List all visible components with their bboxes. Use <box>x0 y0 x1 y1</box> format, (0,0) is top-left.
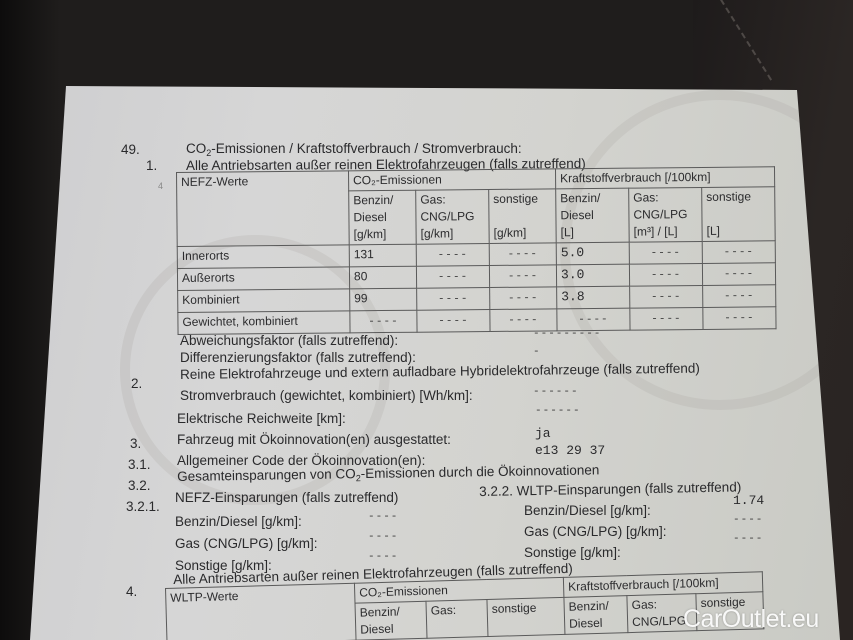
savings-value: ---- <box>368 549 398 565</box>
table-cell: ---- <box>489 265 556 288</box>
savings-value: ---- <box>368 529 398 545</box>
savings-value: ---- <box>368 509 398 525</box>
document-content: 49. CO2-Emissionen / Kraftstoffverbrauch… <box>0 0 853 640</box>
savings-label: Gas (CNG/LPG) [g/km]: <box>175 536 318 552</box>
stromverbrauch-value: ------ <box>533 384 579 400</box>
table-cell: ---- <box>702 263 775 286</box>
item3-2-1-number: 3.2.1. <box>126 499 160 515</box>
abweichungsfaktor-value: --------- <box>533 326 601 342</box>
table-cell: ---- <box>629 263 702 286</box>
table-cell: ---- <box>703 285 776 308</box>
reichweite-value: ------ <box>535 403 581 419</box>
table-cell: ---- <box>416 243 489 266</box>
abweichungsfaktor-label: Abweichungsfaktor (falls zutreffend): <box>180 333 398 349</box>
item3-label: Fahrzeug mit Ökoinnovation(en) ausgestat… <box>177 432 451 448</box>
savings-label: Sonstige [g/km]: <box>524 545 621 561</box>
differenzierungsfaktor-value: - <box>533 344 541 360</box>
item3-1-number: 3.1. <box>128 457 151 473</box>
table-cell: ---- <box>703 307 776 330</box>
nefz-column-header: Gas:CNG/LPG[g/km] <box>416 189 490 244</box>
table-cell: ---- <box>489 243 556 266</box>
item3-2-number: 3.2. <box>128 478 151 494</box>
table-cell: ---- <box>702 241 775 264</box>
section-title: CO2-Emissionen / Kraftstoffverbrauch / S… <box>186 141 522 157</box>
savings-label: Benzin/Diesel [g/km]: <box>524 503 651 519</box>
item1-table-marker: 4 <box>158 178 163 194</box>
table-cell: 3.0 <box>556 264 629 287</box>
wltp-column-header: Gas: <box>426 600 488 639</box>
section-number: 49. <box>121 142 140 158</box>
table-cell: 5.0 <box>556 242 629 265</box>
table-cell: ---- <box>416 265 489 288</box>
nefz-column-header: Benzin/Diesel[L] <box>556 188 630 243</box>
co2-group-header: CO₂-Emissionen <box>348 169 555 191</box>
wltp-column-header: Benzin/Diesel <box>564 596 628 635</box>
nefz-row-header: NEFZ-Werte <box>177 171 350 247</box>
nefz-column-header: Gas:CNG/LPG[m³] / [L] <box>629 187 703 242</box>
document-paper: 49. CO2-Emissionen / Kraftstoffverbrauch… <box>0 0 853 640</box>
item3-2-2-heading: 3.2.2. WLTP-Einsparungen (falls zutreffe… <box>479 479 741 500</box>
reichweite-label: Elektrische Reichweite [km]: <box>177 411 346 427</box>
row-label: Kombiniert <box>178 289 350 313</box>
nefz-column-header: sonstige [L] <box>702 187 776 242</box>
table-cell: ---- <box>630 285 703 308</box>
nefz-column-header: Benzin/Diesel[g/km] <box>349 190 417 245</box>
savings-label: Gas (CNG/LPG) [g/km]: <box>524 524 667 540</box>
caroutlet-watermark: CarOutlet.eu <box>683 605 819 634</box>
nefz-column-header: sonstige [g/km] <box>489 189 557 244</box>
row-label: Gewichtet, kombiniert <box>178 311 350 335</box>
table-cell: ---- <box>629 241 702 264</box>
table-cell: 80 <box>349 266 416 289</box>
item3-1-value: e13 29 37 <box>535 443 605 459</box>
table-cell: ---- <box>630 307 703 330</box>
wltp-row-header: WLTP-Werte <box>166 583 357 640</box>
item3-number: 3. <box>130 436 141 452</box>
table-cell: ---- <box>417 309 490 332</box>
row-label: Innerorts <box>177 245 349 269</box>
table-cell: ---- <box>350 310 417 333</box>
item1-number: 1. <box>146 158 157 174</box>
table-row: Gewichtet, kombiniert-------------------… <box>178 307 776 335</box>
savings-value: ---- <box>733 512 763 528</box>
wltp-column-header: Benzin/Diesel <box>355 601 427 640</box>
table-cell: ---- <box>490 287 557 310</box>
savings-value: 1.74 <box>733 493 764 509</box>
nefz-values-table: NEFZ-Werte CO₂-Emissionen Kraftstoffverb… <box>176 166 777 335</box>
item4-number: 4. <box>126 584 137 600</box>
fuel-group-header: Kraftstoffverbrauch [/100km] <box>555 167 774 189</box>
wltp-column-header: sonstige <box>487 597 565 636</box>
savings-label: Benzin/Diesel [g/km]: <box>175 514 302 530</box>
table-cell: 3.8 <box>557 286 630 309</box>
table-cell: ---- <box>417 287 490 310</box>
item3-2-1-heading: NEFZ-Einsparungen (falls zutreffend) <box>175 490 398 506</box>
item2-number: 2. <box>131 376 142 392</box>
item3-value: ja <box>535 426 551 442</box>
row-label: Außerorts <box>177 267 349 291</box>
table-cell: 131 <box>349 244 416 267</box>
savings-value: ---- <box>733 531 763 547</box>
stromverbrauch-label: Stromverbrauch (gewichtet, kombiniert) [… <box>180 388 473 404</box>
table-cell: 99 <box>350 288 417 311</box>
